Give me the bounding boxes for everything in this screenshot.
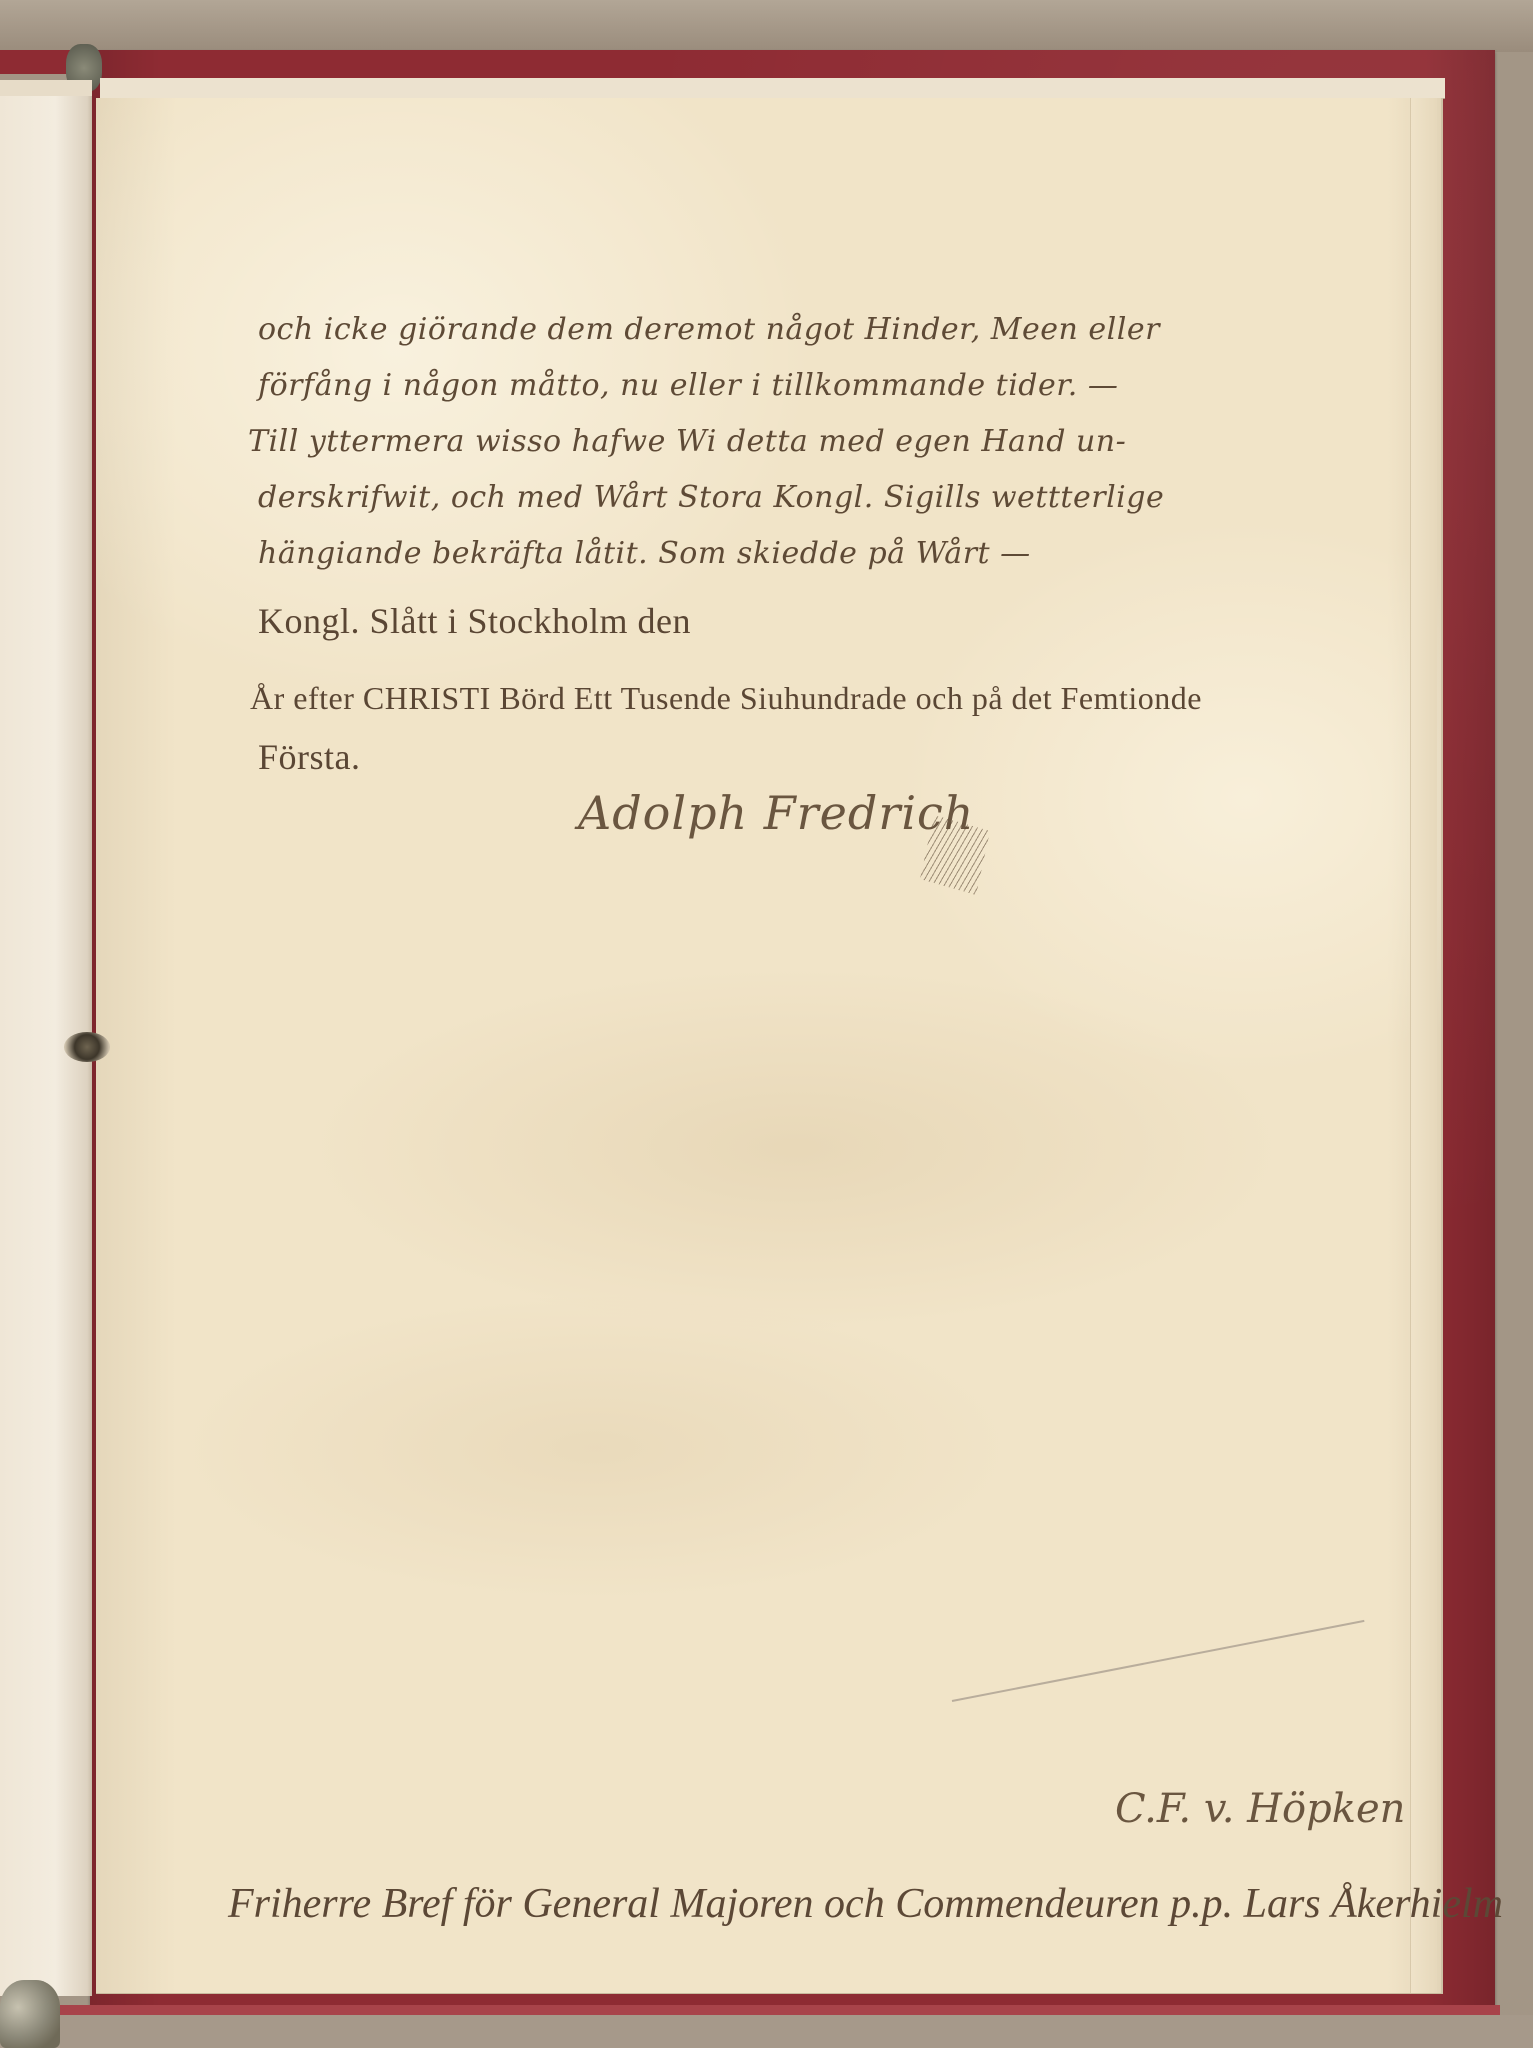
body-line-5: hängiande bekräfta låtit. Som skiedde på… bbox=[258, 536, 1031, 571]
body-line-8: Första. bbox=[258, 736, 361, 778]
page-fore-edge bbox=[1410, 98, 1437, 1993]
countersignature: C.F. v. Höpken bbox=[1115, 1786, 1405, 1832]
backdrop-top bbox=[0, 0, 1533, 52]
binding-cord-gap bbox=[64, 1032, 110, 1062]
title-endorsement: Friherre Bref för General Majoren och Co… bbox=[228, 1880, 1503, 1928]
royal-signature: Adolph Fredrich bbox=[578, 786, 974, 840]
body-line-4: derskrifwit, och med Wårt Stora Kongl. S… bbox=[258, 480, 1164, 515]
page-top-stub bbox=[100, 78, 1445, 99]
body-line-6: Kongl. Slått i Stockholm den bbox=[258, 600, 691, 642]
body-line-3: Till yttermera wisso hafwe Wi detta med … bbox=[248, 424, 1126, 459]
body-line-2: förfång i någon måtto, nu eller i tillko… bbox=[258, 368, 1118, 403]
left-page-top-edge bbox=[0, 80, 92, 97]
body-line-1: och icke giörande dem deremot något Hind… bbox=[258, 312, 1160, 347]
body-line-7: År efter CHRISTI Börd Ett Tusende Siuhun… bbox=[250, 680, 1202, 717]
backdrop-bottom bbox=[0, 2015, 1533, 2048]
silk-tassel bbox=[0, 1980, 60, 2048]
